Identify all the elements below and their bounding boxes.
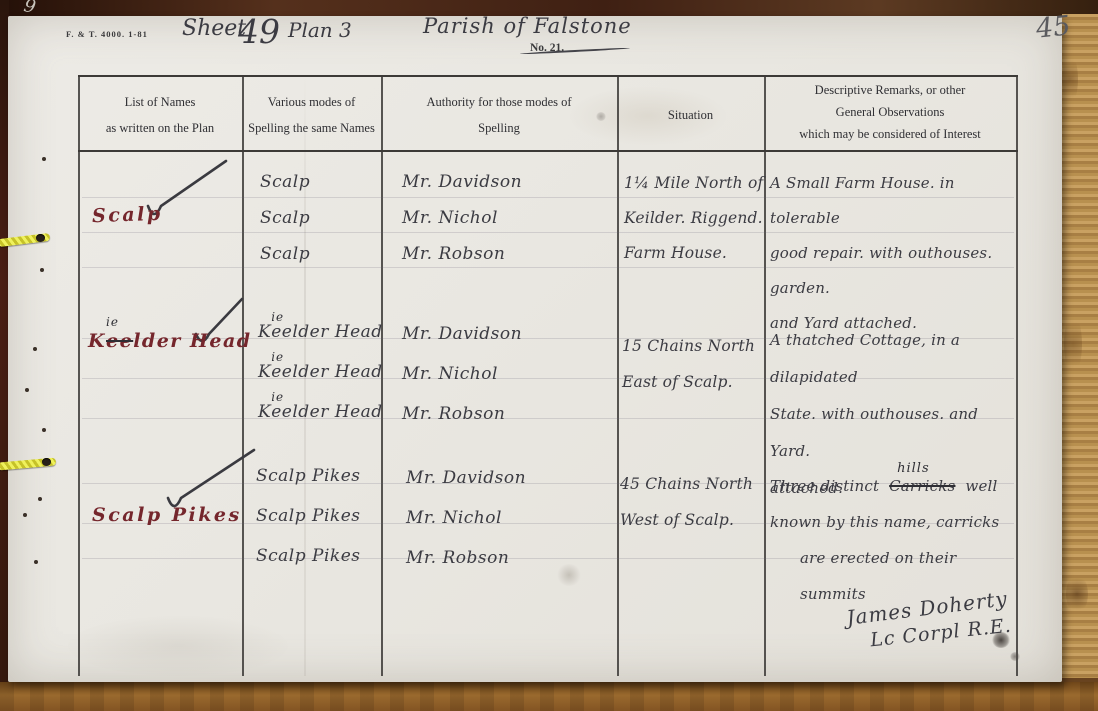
fore-edge-stain <box>1064 314 1082 374</box>
struck-letters: ee <box>106 330 133 352</box>
name-prefix: K <box>88 330 106 352</box>
remark-suffix: well <box>965 477 997 495</box>
column-divider <box>242 75 244 676</box>
binding-hole-specks <box>42 157 46 161</box>
spelling-prefix: K <box>258 402 271 422</box>
situation-line: 1¼ Mile North of <box>624 166 763 201</box>
remark-line: good repair. with outhouses. garden. <box>770 236 1018 306</box>
header-line: Authority for those modes of <box>381 89 617 115</box>
header-line: which may be considered of Interest <box>764 123 1016 145</box>
spelling: Scalp <box>260 164 310 200</box>
binding-hole <box>36 234 45 242</box>
inserted-word: hills <box>897 451 930 487</box>
ink-smudge <box>596 112 606 121</box>
fore-edge-stain <box>1062 54 1078 104</box>
situation-line: West of Scalp. <box>620 502 753 538</box>
row3-authorities: Mr. Davidson Mr. Nichol Mr. Robson <box>406 458 526 578</box>
header-line: List of Names <box>78 89 242 115</box>
row2-name-red: Kieeelder Head <box>88 330 252 352</box>
column-header-authority: Authority for those modes of Spelling <box>381 89 617 141</box>
spelling: Scalp Pikes <box>256 536 361 576</box>
authority: Mr. Nichol <box>402 200 522 236</box>
spelling-rest: lder Head <box>292 362 382 382</box>
spelling-rest: lder Head <box>292 402 382 422</box>
parish-label: Parish of Falstone <box>423 14 632 38</box>
plan-label: Plan 3 <box>288 18 352 42</box>
ink-blot <box>1010 652 1020 661</box>
header-line: Situation <box>617 102 764 128</box>
row3-name-red: Scalp Pikes <box>92 504 242 526</box>
sheet-number: 49 <box>238 12 280 51</box>
binding-hole <box>42 458 51 466</box>
spelling: Scalp <box>260 200 310 236</box>
header-line: Spelling <box>381 115 617 141</box>
inserted-correction: ie <box>106 315 119 329</box>
row2-authorities: Mr. Davidson Mr. Nichol Mr. Robson <box>402 314 522 434</box>
row3-spellings: Scalp Pikes Scalp Pikes Scalp Pikes <box>256 456 361 576</box>
authority: Mr. Robson <box>406 538 526 578</box>
row1-remarks: A Small Farm House. in tolerable good re… <box>770 166 1018 341</box>
name-rest: lder Head <box>133 330 251 352</box>
column-header-situation: Situation <box>617 102 764 128</box>
authority: Mr. Nichol <box>402 354 522 394</box>
remark-line-with-correction: Three distinct hillsCarricks well <box>770 468 1022 504</box>
remark-prefix: Three distinct <box>770 477 879 495</box>
row2-spellings: Kieeelder Head Kieeelder Head Kieeelder … <box>258 312 383 432</box>
inserted-correction: ie <box>271 337 284 377</box>
situation-line: 15 Chains North <box>622 328 755 364</box>
inserted-correction: ie <box>271 377 284 417</box>
column-header-names: List of Names as written on the Plan <box>78 89 242 141</box>
book-fore-edge <box>1062 14 1098 678</box>
row1-spellings: Scalp Scalp Scalp <box>260 164 310 272</box>
header-bottom-border <box>78 150 1018 152</box>
ink-blot <box>992 632 1010 648</box>
situation-line: Farm House. <box>624 236 763 271</box>
header-line: Spelling the same Names <box>242 115 381 141</box>
remark-line: A Small Farm House. in tolerable <box>770 166 1018 236</box>
header-line: Descriptive Remarks, or other <box>764 79 1016 101</box>
header-line: Various modes of <box>242 89 381 115</box>
page-number: 45 <box>1034 10 1071 44</box>
table-top-border <box>78 75 1018 77</box>
column-header-remarks: Descriptive Remarks, or other General Ob… <box>764 79 1016 145</box>
situation-line: Keilder. Riggend. <box>624 201 763 236</box>
header-line: General Observations <box>764 101 1016 123</box>
authority: Mr. Davidson <box>406 458 526 498</box>
photo-of-name-book-page: 9 F. & T. 4000. 1-81 Sheet 49 Plan 3 Par… <box>0 0 1098 711</box>
header-line: as written on the Plan <box>78 115 242 141</box>
column-divider <box>764 75 766 676</box>
spelling: Kieeelder Head <box>258 392 383 432</box>
table-border-left <box>78 75 80 676</box>
spelling: Scalp Pikes <box>256 456 361 496</box>
column-header-spelling-modes: Various modes of Spelling the same Names <box>242 89 381 141</box>
remark-line: State. with outhouses. and Yard. <box>770 396 1020 470</box>
sheet-label: Sheet <box>182 16 246 41</box>
row1-situation: 1¼ Mile North of Keilder. Riggend. Farm … <box>624 166 763 271</box>
authority: Mr. Davidson <box>402 314 522 354</box>
authority: Mr. Nichol <box>406 498 526 538</box>
spelling-prefix: K <box>258 362 271 382</box>
wooden-table-surface <box>0 682 1098 711</box>
fore-edge-stain <box>1066 574 1088 614</box>
remark-line: known by this name, carricks <box>770 504 1022 540</box>
spelling: Scalp Pikes <box>256 496 361 536</box>
document-page: F. & T. 4000. 1-81 Sheet 49 Plan 3 Paris… <box>8 16 1062 682</box>
inserted-correction: ie <box>271 297 284 337</box>
spelling: Scalp <box>260 236 310 272</box>
authority: Mr. Davidson <box>402 164 522 200</box>
column-divider <box>617 75 619 676</box>
situation-line: East of Scalp. <box>622 364 755 400</box>
entry-number-printed: No. 21. <box>530 42 564 54</box>
row1-authorities: Mr. Davidson Mr. Nichol Mr. Robson <box>402 164 522 272</box>
situation-line: 45 Chains North <box>620 466 753 502</box>
spelling-prefix: K <box>258 322 271 342</box>
row2-situation: 15 Chains North East of Scalp. <box>622 328 755 400</box>
authority: Mr. Robson <box>402 236 522 272</box>
remark-line: A thatched Cottage, in a dilapidated <box>770 322 1020 396</box>
spelling-rest: lder Head <box>292 322 382 342</box>
row1-name-red: Scalp <box>92 203 163 227</box>
row3-situation: 45 Chains North West of Scalp. <box>620 466 753 538</box>
form-reference-printed: F. & T. 4000. 1-81 <box>66 29 148 39</box>
authority: Mr. Robson <box>402 394 522 434</box>
